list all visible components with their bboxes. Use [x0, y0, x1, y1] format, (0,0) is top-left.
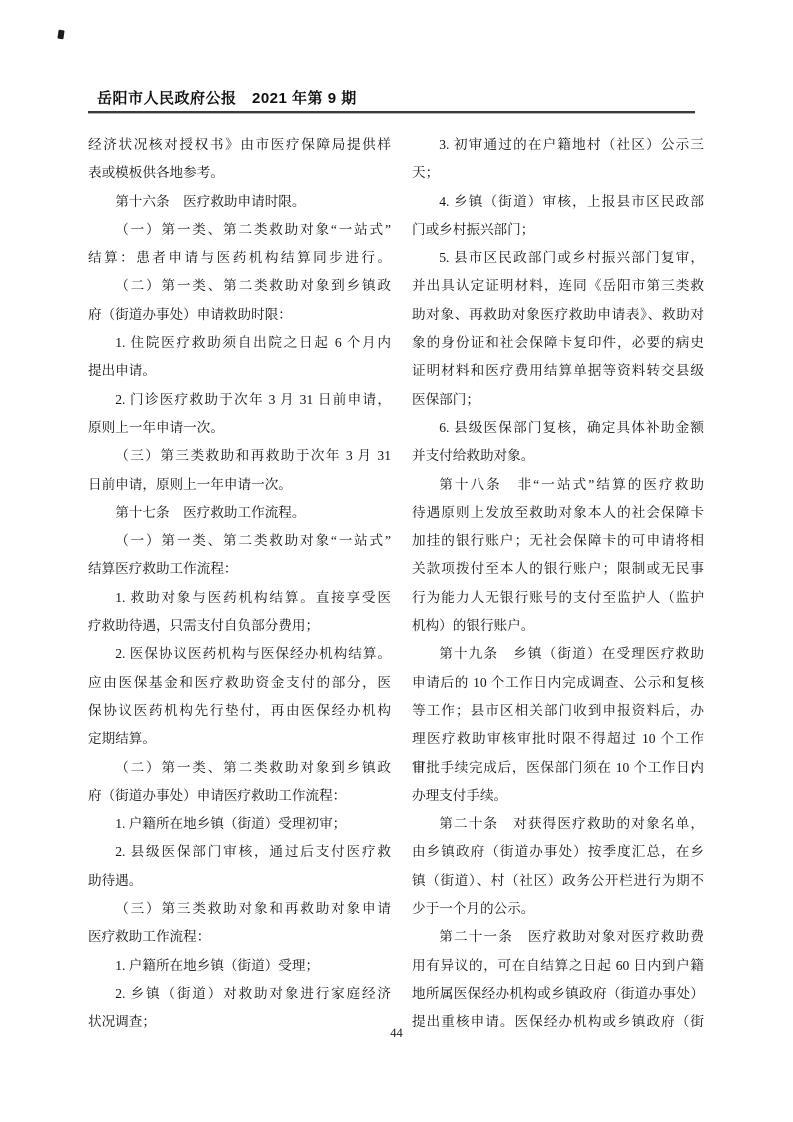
text-line: 应由医保基金和医疗救助资金支付的部分，医 — [88, 669, 391, 697]
text-line: 申请后的 10 个工作日内完成调查、公示和复核 — [412, 669, 704, 697]
text-line: 审批手续完成后，医保部门须在 10 个工作日内 — [412, 754, 704, 782]
text-line: 办理支付手续。 — [412, 782, 704, 810]
column-left: 经济状况核对授权书》由市医疗保障局提供样表或模板供各地参考。第十六条 医疗救助申… — [88, 131, 391, 1037]
text-line: 第十八条 非“一站式”结算的医疗救助 — [412, 471, 704, 499]
text-line: 结算医疗救助工作流程： — [88, 555, 391, 583]
text-line: 疗救助待遇，只需支付自负部分费用； — [88, 612, 391, 640]
text-line: 经济状况核对授权书》由市医疗保障局提供样 — [88, 131, 391, 159]
text-line: 5. 县市区民政部门或乡村振兴部门复审， — [412, 244, 704, 272]
text-line: 行为能力人无银行账号的支付至监护人（监护 — [412, 584, 704, 612]
text-line: （一）第一类、第二类救助对象“一站式” — [88, 527, 391, 555]
text-line: 等工作；县市区相关部门收到申报资料后，办 — [412, 697, 704, 725]
text-line: （二）第一类、第二类救助对象到乡镇政 — [88, 754, 391, 782]
text-line: 由乡镇政府（街道办事处）按季度汇总，在乡 — [412, 838, 704, 866]
text-line: 第十七条 医疗救助工作流程。 — [88, 499, 391, 527]
text-line: （三）第三类救助对象和再救助对象申请 — [88, 895, 391, 923]
text-line: 结算：患者申请与医药机构结算同步进行。 — [88, 244, 391, 272]
text-line: 府（街道办事处）申请医疗救助工作流程： — [88, 782, 391, 810]
text-line: 1. 救助对象与医药机构结算。直接享受医 — [88, 584, 391, 612]
text-line: 证明材料和医疗费用结算单据等资料转交县级 — [412, 357, 704, 385]
text-line: 2. 乡镇（街道）对救助对象进行家庭经济 — [88, 980, 391, 1008]
text-line: 第十九条 乡镇（街道）在受理医疗救助 — [412, 640, 704, 668]
text-line: （一）第一类、第二类救助对象“一站式” — [88, 216, 391, 244]
text-line: 镇（街道）、村（社区）政务公开栏进行为期不 — [412, 867, 704, 895]
page-number: 44 — [0, 1026, 793, 1041]
page-header-title: 岳阳市人民政府公报 2021 年第 9 期 — [97, 87, 357, 108]
text-line: 理医疗救助审核审批时限不得超过 10 个工作日； — [412, 725, 704, 753]
text-line: 原则上一年申请一次。 — [88, 414, 391, 442]
text-line: 用有异议的，可在自结算之日起 60 日内到户籍 — [412, 952, 704, 980]
text-line: 提出申请。 — [88, 357, 391, 385]
text-line: 地所属医保经办机构或乡镇政府（街道办事处） — [412, 980, 704, 1008]
text-line: 保协议医药机构先行垫付，再由医保经办机构 — [88, 697, 391, 725]
header-rule — [88, 111, 695, 114]
text-line: 2. 门诊医疗救助于次年 3 月 31 日前申请， — [88, 386, 391, 414]
text-line: 并出具认定证明材料，连同《岳阳市第三类救 — [412, 272, 704, 300]
text-line: 机构）的银行账户。 — [412, 612, 704, 640]
text-line: 象的身份证和社会保障卡复印件，必要的病史 — [412, 329, 704, 357]
text-line: 1. 户籍所在地乡镇（街道）受理； — [88, 952, 391, 980]
text-line: 加挂的银行账户；无社会保障卡的可申请将相 — [412, 527, 704, 555]
text-line: 医保部门； — [412, 386, 704, 414]
text-line: 第二十一条 医疗救助对象对医疗救助费 — [412, 923, 704, 951]
text-line: 少于一个月的公示。 — [412, 895, 704, 923]
text-line: 1. 户籍所在地乡镇（街道）受理初审； — [88, 810, 391, 838]
text-line: 关款项拨付至本人的银行账户；限制或无民事 — [412, 555, 704, 583]
text-line: 3. 初审通过的在户籍地村（社区）公示三 — [412, 131, 704, 159]
column-right: 3. 初审通过的在户籍地村（社区）公示三天；4. 乡镇（街道）审核，上报县市区民… — [412, 131, 704, 1037]
text-line: （二）第一类、第二类救助对象到乡镇政 — [88, 272, 391, 300]
text-line: 定期结算。 — [88, 725, 391, 753]
text-line: 2. 县级医保部门审核，通过后支付医疗救 — [88, 838, 391, 866]
text-line: 2. 医保协议医药机构与医保经办机构结算。 — [88, 640, 391, 668]
text-line: 待遇原则上发放至救助对象本人的社会保障卡 — [412, 499, 704, 527]
text-line: 第二十条 对获得医疗救助的对象名单， — [412, 810, 704, 838]
scan-artifact — [57, 30, 64, 40]
text-line: 1. 住院医疗救助须自出院之日起 6 个月内 — [88, 329, 391, 357]
text-line: 6. 县级医保部门复核，确定具体补助金额 — [412, 414, 704, 442]
text-line: 日前申请，原则上一年申请一次。 — [88, 471, 391, 499]
text-line: 第十六条 医疗救助申请时限。 — [88, 188, 391, 216]
text-line: 门或乡村振兴部门； — [412, 216, 704, 244]
text-line: 医疗救助工作流程： — [88, 923, 391, 951]
text-line: 府（街道办事处）申请救助时限： — [88, 301, 391, 329]
text-line: 4. 乡镇（街道）审核，上报县市区民政部 — [412, 188, 704, 216]
text-line: 助对象、再救助对象医疗救助申请表》、救助对 — [412, 301, 704, 329]
document-page: 岳阳市人民政府公报 2021 年第 9 期 经济状况核对授权书》由市医疗保障局提… — [0, 0, 793, 1122]
text-line: 天； — [412, 159, 704, 187]
text-line: （三）第三类救助和再救助于次年 3 月 31 — [88, 442, 391, 470]
text-line: 助待遇。 — [88, 867, 391, 895]
text-columns: 经济状况核对授权书》由市医疗保障局提供样表或模板供各地参考。第十六条 医疗救助申… — [88, 131, 704, 1041]
text-line: 表或模板供各地参考。 — [88, 159, 391, 187]
text-line: 并支付给救助对象。 — [412, 442, 704, 470]
